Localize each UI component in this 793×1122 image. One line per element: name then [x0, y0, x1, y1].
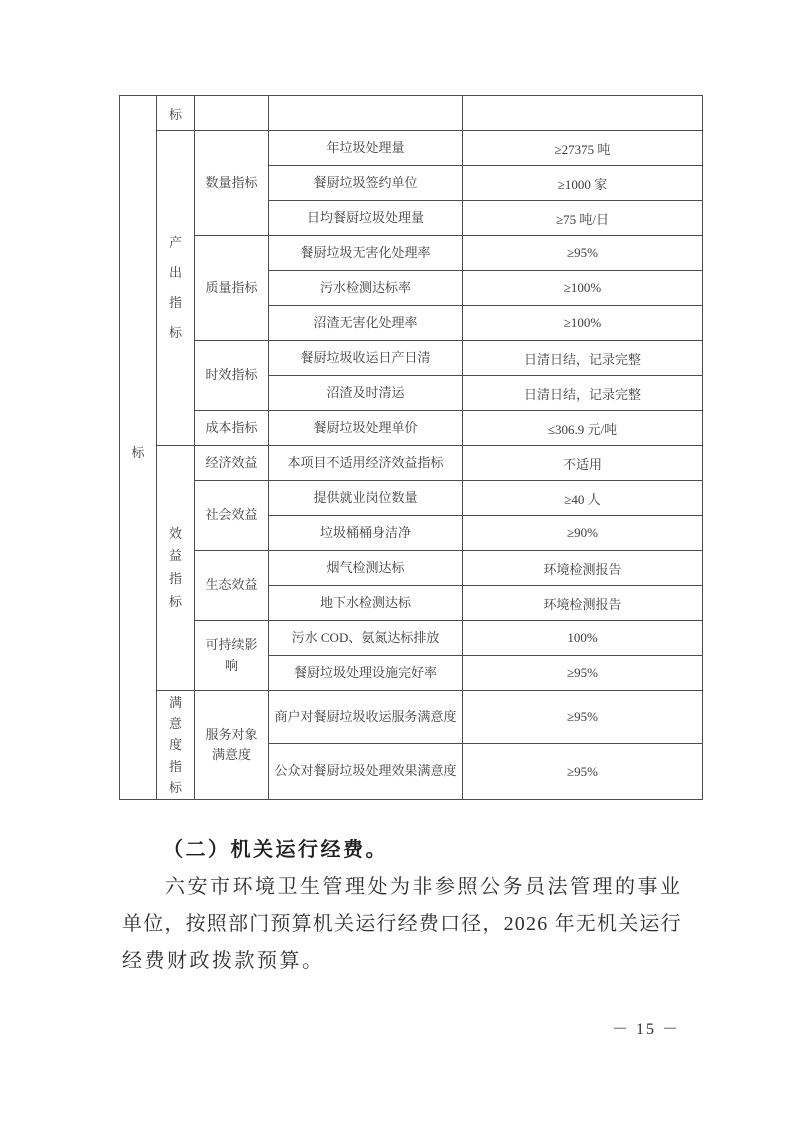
table-row: 标 标: [120, 96, 703, 131]
table-row: 质量指标 餐厨垃圾无害化处理率 ≥95%: [120, 236, 703, 271]
indicator-value-cell: ≥27375 吨: [463, 131, 703, 166]
indicator-name: 提供就业岗位数量: [313, 488, 417, 509]
col2-stub-cell: 标: [157, 96, 195, 131]
subcategory-label: 成本指标: [205, 418, 257, 438]
indicator-name: 餐厨垃圾无害化处理率: [300, 243, 430, 264]
indicator-name: 日均餐厨垃圾处理量: [307, 208, 424, 229]
paragraph-line: 单位，按照部门预算机关运行经费口径，2026 年无机关运行: [122, 906, 684, 943]
col1-stub-label: 标: [131, 434, 144, 461]
table-row: 产出指标 数量指标 年垃圾处理量 ≥27375 吨: [120, 131, 703, 166]
section-label: 效益指标: [168, 523, 182, 614]
indicator-name-cell: 污水 COD、氨氮达标排放: [269, 621, 463, 656]
table-row: 时效指标 餐厨垃圾收运日产日清 日清日结，记录完整: [120, 341, 703, 376]
subcategory-cell: 质量指标: [195, 236, 269, 341]
indicator-value-cell: ≥95%: [463, 744, 703, 800]
indicator-name: 餐厨垃圾收运日产日清: [300, 348, 430, 369]
section-label-cell: 满意度指标: [157, 691, 195, 800]
indicator-name: 污水检测达标率: [320, 278, 411, 299]
table-row: 可持续影响 污水 COD、氨氮达标排放 100%: [120, 621, 703, 656]
empty-cell: [269, 96, 463, 131]
indicator-value-cell: ≥100%: [463, 271, 703, 306]
subcategory-label: 时效指标: [205, 365, 257, 385]
subcategory-cell: 经济效益: [195, 446, 269, 481]
section-label: 产出指标: [168, 228, 182, 348]
subcategory-cell: 时效指标: [195, 341, 269, 411]
indicator-name-cell: 日均餐厨垃圾处理量: [269, 201, 463, 236]
indicator-name: 公众对餐厨垃圾处理效果满意度: [274, 761, 456, 782]
page-number: － 15 －: [612, 1016, 680, 1039]
indicator-name: 餐厨垃圾处理单价: [313, 418, 417, 439]
indicator-name: 商户对餐厨垃圾收运服务满意度: [274, 707, 456, 728]
indicator-name: 污水 COD、氨氮达标排放: [292, 628, 440, 649]
indicator-value-cell: 环境检测报告: [463, 551, 703, 586]
indicator-name-cell: 本项目不适用经济效益指标: [269, 446, 463, 481]
indicator-value-cell: 环境检测报告: [463, 586, 703, 621]
indicator-value-cell: 100%: [463, 621, 703, 656]
indicator-name-cell: 商户对餐厨垃圾收运服务满意度: [269, 691, 463, 744]
indicator-value-cell: 不适用: [463, 446, 703, 481]
table-row: 社会效益 提供就业岗位数量 ≥40 人: [120, 481, 703, 516]
indicator-name-cell: 公众对餐厨垃圾处理效果满意度: [269, 744, 463, 800]
indicator-value-cell: 日清日结，记录完整: [463, 376, 703, 411]
table-row: 生态效益 烟气检测达标 环境检测报告: [120, 551, 703, 586]
indicator-value-cell: ≥95%: [463, 691, 703, 744]
subcategory-label: 社会效益: [205, 505, 257, 525]
indicator-name: 本项目不适用经济效益指标: [287, 453, 443, 474]
table-row: 效益指标 经济效益 本项目不适用经济效益指标 不适用: [120, 446, 703, 481]
subcategory-cell: 成本指标: [195, 411, 269, 446]
subcategory-label: 质量指标: [205, 278, 257, 298]
indicator-value-cell: ≤306.9 元/吨: [463, 411, 703, 446]
indicator-name-cell: 餐厨垃圾签约单位: [269, 166, 463, 201]
col2-stub-label: 标: [169, 107, 182, 122]
section-heading: （二）机关运行经费。: [122, 832, 684, 869]
indicator-name: 餐厨垃圾处理设施完好率: [294, 663, 437, 684]
empty-cell: [463, 96, 703, 131]
indicator-value-cell: ≥40 人: [463, 481, 703, 516]
indicator-value-cell: ≥1000 家: [463, 166, 703, 201]
indicator-name: 烟气检测达标: [326, 558, 404, 579]
indicator-value-cell: 日清日结，记录完整: [463, 341, 703, 376]
subcategory-label: 数量指标: [205, 173, 257, 193]
indicator-name: 餐厨垃圾签约单位: [313, 173, 417, 194]
subcategory-label: 经济效益: [205, 453, 257, 473]
subcategory-cell: 生态效益: [195, 551, 269, 621]
indicator-name-cell: 地下水检测达标: [269, 586, 463, 621]
paragraph-line: 六安市环境卫生管理处为非参照公务员法管理的事业: [122, 869, 684, 906]
indicator-name-cell: 污水检测达标率: [269, 271, 463, 306]
indicator-name-cell: 烟气检测达标: [269, 551, 463, 586]
subcategory-label: 生态效益: [205, 575, 257, 595]
indicator-value-cell: ≥95%: [463, 236, 703, 271]
indicator-name-cell: 餐厨垃圾无害化处理率: [269, 236, 463, 271]
indicator-name-cell: 沼渣及时清运: [269, 376, 463, 411]
subcategory-cell: 服务对象满意度: [195, 691, 269, 800]
indicator-value-cell: ≥75 吨/日: [463, 201, 703, 236]
indicator-name-cell: 垃圾桶桶身洁净: [269, 516, 463, 551]
subcategory-label: 可持续影响: [204, 635, 260, 675]
paragraph-line: 经费财政拨款预算。: [122, 943, 684, 980]
empty-cell: [195, 96, 269, 131]
indicator-value-cell: ≥100%: [463, 306, 703, 341]
subcategory-cell: 数量指标: [195, 131, 269, 236]
indicator-name: 地下水检测达标: [320, 593, 411, 614]
subcategory-label: 服务对象满意度: [204, 725, 260, 765]
section-label: 满意度指标: [168, 692, 182, 797]
indicator-name: 年垃圾处理量: [326, 138, 404, 159]
subcategory-cell: 社会效益: [195, 481, 269, 551]
indicator-value-cell: ≥90%: [463, 516, 703, 551]
subcategory-cell: 可持续影响: [195, 621, 269, 691]
indicator-name-cell: 提供就业岗位数量: [269, 481, 463, 516]
indicator-name-cell: 餐厨垃圾处理设施完好率: [269, 656, 463, 691]
indicator-name-cell: 餐厨垃圾收运日产日清: [269, 341, 463, 376]
indicator-name-cell: 年垃圾处理量: [269, 131, 463, 166]
table-row: 成本指标 餐厨垃圾处理单价 ≤306.9 元/吨: [120, 411, 703, 446]
indicator-name: 沼渣无害化处理率: [313, 313, 417, 334]
section-label-cell: 效益指标: [157, 446, 195, 691]
indicator-name-cell: 餐厨垃圾处理单价: [269, 411, 463, 446]
performance-indicator-table: 标 标 产出指标 数量指标 年垃圾处理量 ≥27375 吨 餐厨垃圾签约单位 ≥…: [119, 95, 703, 800]
table-row: 满意度指标 服务对象满意度 商户对餐厨垃圾收运服务满意度 ≥95%: [120, 691, 703, 744]
section-label-cell: 产出指标: [157, 131, 195, 446]
indicator-name: 沼渣及时清运: [326, 383, 404, 404]
document-page: 标 标 产出指标 数量指标 年垃圾处理量 ≥27375 吨 餐厨垃圾签约单位 ≥…: [0, 0, 793, 1122]
col1-stub-cell: 标: [120, 96, 157, 800]
indicator-value-cell: ≥95%: [463, 656, 703, 691]
text-section: （二）机关运行经费。 六安市环境卫生管理处为非参照公务员法管理的事业 单位，按照…: [122, 832, 684, 980]
indicator-name-cell: 沼渣无害化处理率: [269, 306, 463, 341]
indicator-name: 垃圾桶桶身洁净: [320, 523, 411, 544]
